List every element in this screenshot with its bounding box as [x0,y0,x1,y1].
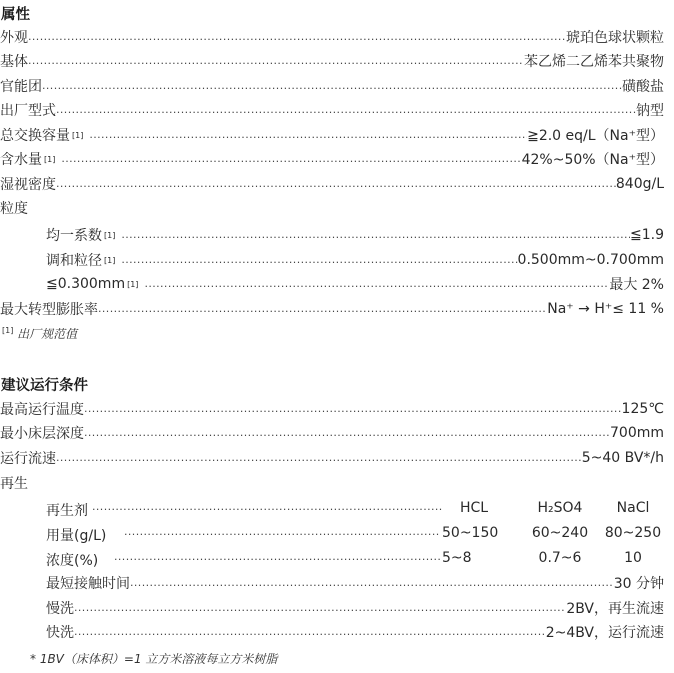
section-heading-properties: 属性 [1,3,30,24]
property-value: 42%~50%（Na⁺型） [522,149,664,169]
dot-leader [89,128,527,142]
cell-nacl: 80~250 [598,525,668,541]
condition-label: 最小床层深度 [0,423,84,443]
property-row-matrix: 基体 苯乙烯二乙烯苯共聚物 [0,50,664,72]
property-label: 湿视密度 [0,174,56,194]
column-nacl: NaCl [598,500,668,516]
dot-leader [61,152,521,166]
condition-row-min-bed-depth: 最小床层深度 700mm [0,422,664,444]
regeneration-label-row: 再生 [0,472,664,494]
property-label: 总交换容量 [0,125,70,145]
property-value: 0.500mm~0.700mm [518,252,664,268]
condition-row-flow-rate: 运行流速 5~40 BV*/h [0,447,664,469]
footnote-ref: [1] [72,131,83,140]
property-value: Na⁺ → H⁺≤ 11 % [547,301,664,317]
footnote-ref: [1] [104,231,115,240]
regeneration-label: 再生 [0,473,28,493]
cell-h2so4: 60~240 [524,525,596,541]
footnote-text: 出厂规范值 [17,327,77,341]
regen-row-label: 浓度(%) [46,550,98,570]
condition-value: 5~40 BV*/h [582,450,664,466]
regen-row-fast-rinse: 快洗 2~4BV，运行流速 [46,621,664,643]
property-row-appearance: 外观 琥珀色球状颗粒 [0,26,664,48]
property-value: 最大 2% [609,274,664,294]
regen-value: 2~4BV，运行流速 [546,622,664,642]
dot-leader [144,277,609,291]
condition-label: 运行流速 [0,448,56,468]
condition-value: 700mm [610,425,664,441]
property-value: ≦1.9 [630,227,664,243]
property-value: 磺酸盐 [622,76,664,96]
dot-leader [28,54,524,68]
property-row-functional-group: 官能团 磺酸盐 [0,75,664,97]
property-row-swelling: 最大转型膨胀率 Na⁺ → H⁺≤ 11 % [0,298,664,320]
footnote-ref: [1] [104,256,115,265]
cell-hcl: 50~150 [442,525,506,541]
dot-leader [124,525,440,539]
property-label: 官能团 [0,76,42,96]
regen-row-concentration: 浓度(%) 5~8 0.7~6 10 [46,548,664,570]
property-value: ≧2.0 eq/L（Na⁺型） [527,125,664,145]
footnote-ref: [1] [44,155,55,164]
dot-leader [56,451,582,465]
regen-row-dosage: 用量(g/L) 50~150 60~240 80~250 [46,523,664,545]
dot-leader [28,30,566,44]
dot-leader [84,426,610,440]
property-label: 基体 [0,51,28,71]
regenerant-header-row: 再生剂 HCL H₂SO4 NaCl [46,498,664,520]
particle-size-label: 粒度 [0,198,28,218]
cell-nacl: 10 [598,550,668,566]
footnote-mark: [1] [2,326,13,335]
dot-leader [56,177,616,191]
dot-leader [130,576,614,590]
property-label: 调和粒径 [46,250,102,270]
section-heading-conditions: 建议运行条件 [1,374,88,395]
property-label: 外观 [0,27,28,47]
column-h2so4: H₂SO4 [524,500,596,516]
particle-row-uniformity: 均一系数 [1] ≦1.9 [46,224,664,246]
dot-leader [121,228,630,242]
column-hcl: HCL [460,500,524,516]
dot-leader [74,601,566,615]
dot-leader [56,103,636,117]
property-value: 840g/L [616,176,664,192]
cell-h2so4: 0.7~6 [524,550,596,566]
property-label: 含水量 [0,149,42,169]
property-value: 苯乙烯二乙烯苯共聚物 [524,51,664,71]
regen-value: 2BV，再生流速 [566,598,664,618]
property-label: ≦0.300mm [46,276,125,292]
regen-row-label: 用量(g/L) [46,525,106,545]
property-row-total-capacity: 总交换容量 [1] ≧2.0 eq/L（Na⁺型） [0,124,664,146]
regen-label: 最短接触时间 [46,573,130,593]
footnote-ref: [1] [127,280,138,289]
property-row-moisture: 含水量 [1] 42%~50%（Na⁺型） [0,148,664,170]
property-value: 钠型 [636,100,664,120]
dot-leader [74,625,546,639]
particle-row-harmonic-mean: 调和粒径 [1] 0.500mm~0.700mm [46,249,664,271]
condition-row-max-temp: 最高运行温度 125℃ [0,398,664,420]
regen-label: 慢洗 [46,598,74,618]
particle-size-label-row: 粒度 [0,197,664,219]
property-row-ionic-form: 出厂型式 钠型 [0,99,664,121]
regen-row-contact-time: 最短接触时间 30 分钟 [46,572,664,594]
regen-label: 快洗 [46,622,74,642]
regen-value: 30 分钟 [614,573,664,593]
property-row-density: 湿视密度 840g/L [0,173,664,195]
property-label: 最大转型膨胀率 [0,299,98,319]
property-label: 出厂型式 [0,100,56,120]
footnote: [1] 出厂规范值 [2,325,77,342]
property-value: 琥珀色球状颗粒 [566,27,664,47]
property-label: 均一系数 [46,225,102,245]
regenerant-label: 再生剂 [46,500,88,520]
particle-row-fines: ≦0.300mm [1] 最大 2% [46,273,664,295]
dot-leader [84,402,622,416]
dot-leader [92,500,442,514]
dot-leader [98,302,547,316]
dot-leader [121,253,517,267]
condition-value: 125℃ [622,401,664,417]
dot-leader [42,79,622,93]
regen-row-slow-rinse: 慢洗 2BV，再生流速 [46,597,664,619]
bv-footnote: * 1BV（床体积）=1 立方米溶液每立方米树脂 [30,650,277,667]
cell-hcl: 5~8 [442,550,506,566]
condition-label: 最高运行温度 [0,399,84,419]
dot-leader [114,550,442,564]
